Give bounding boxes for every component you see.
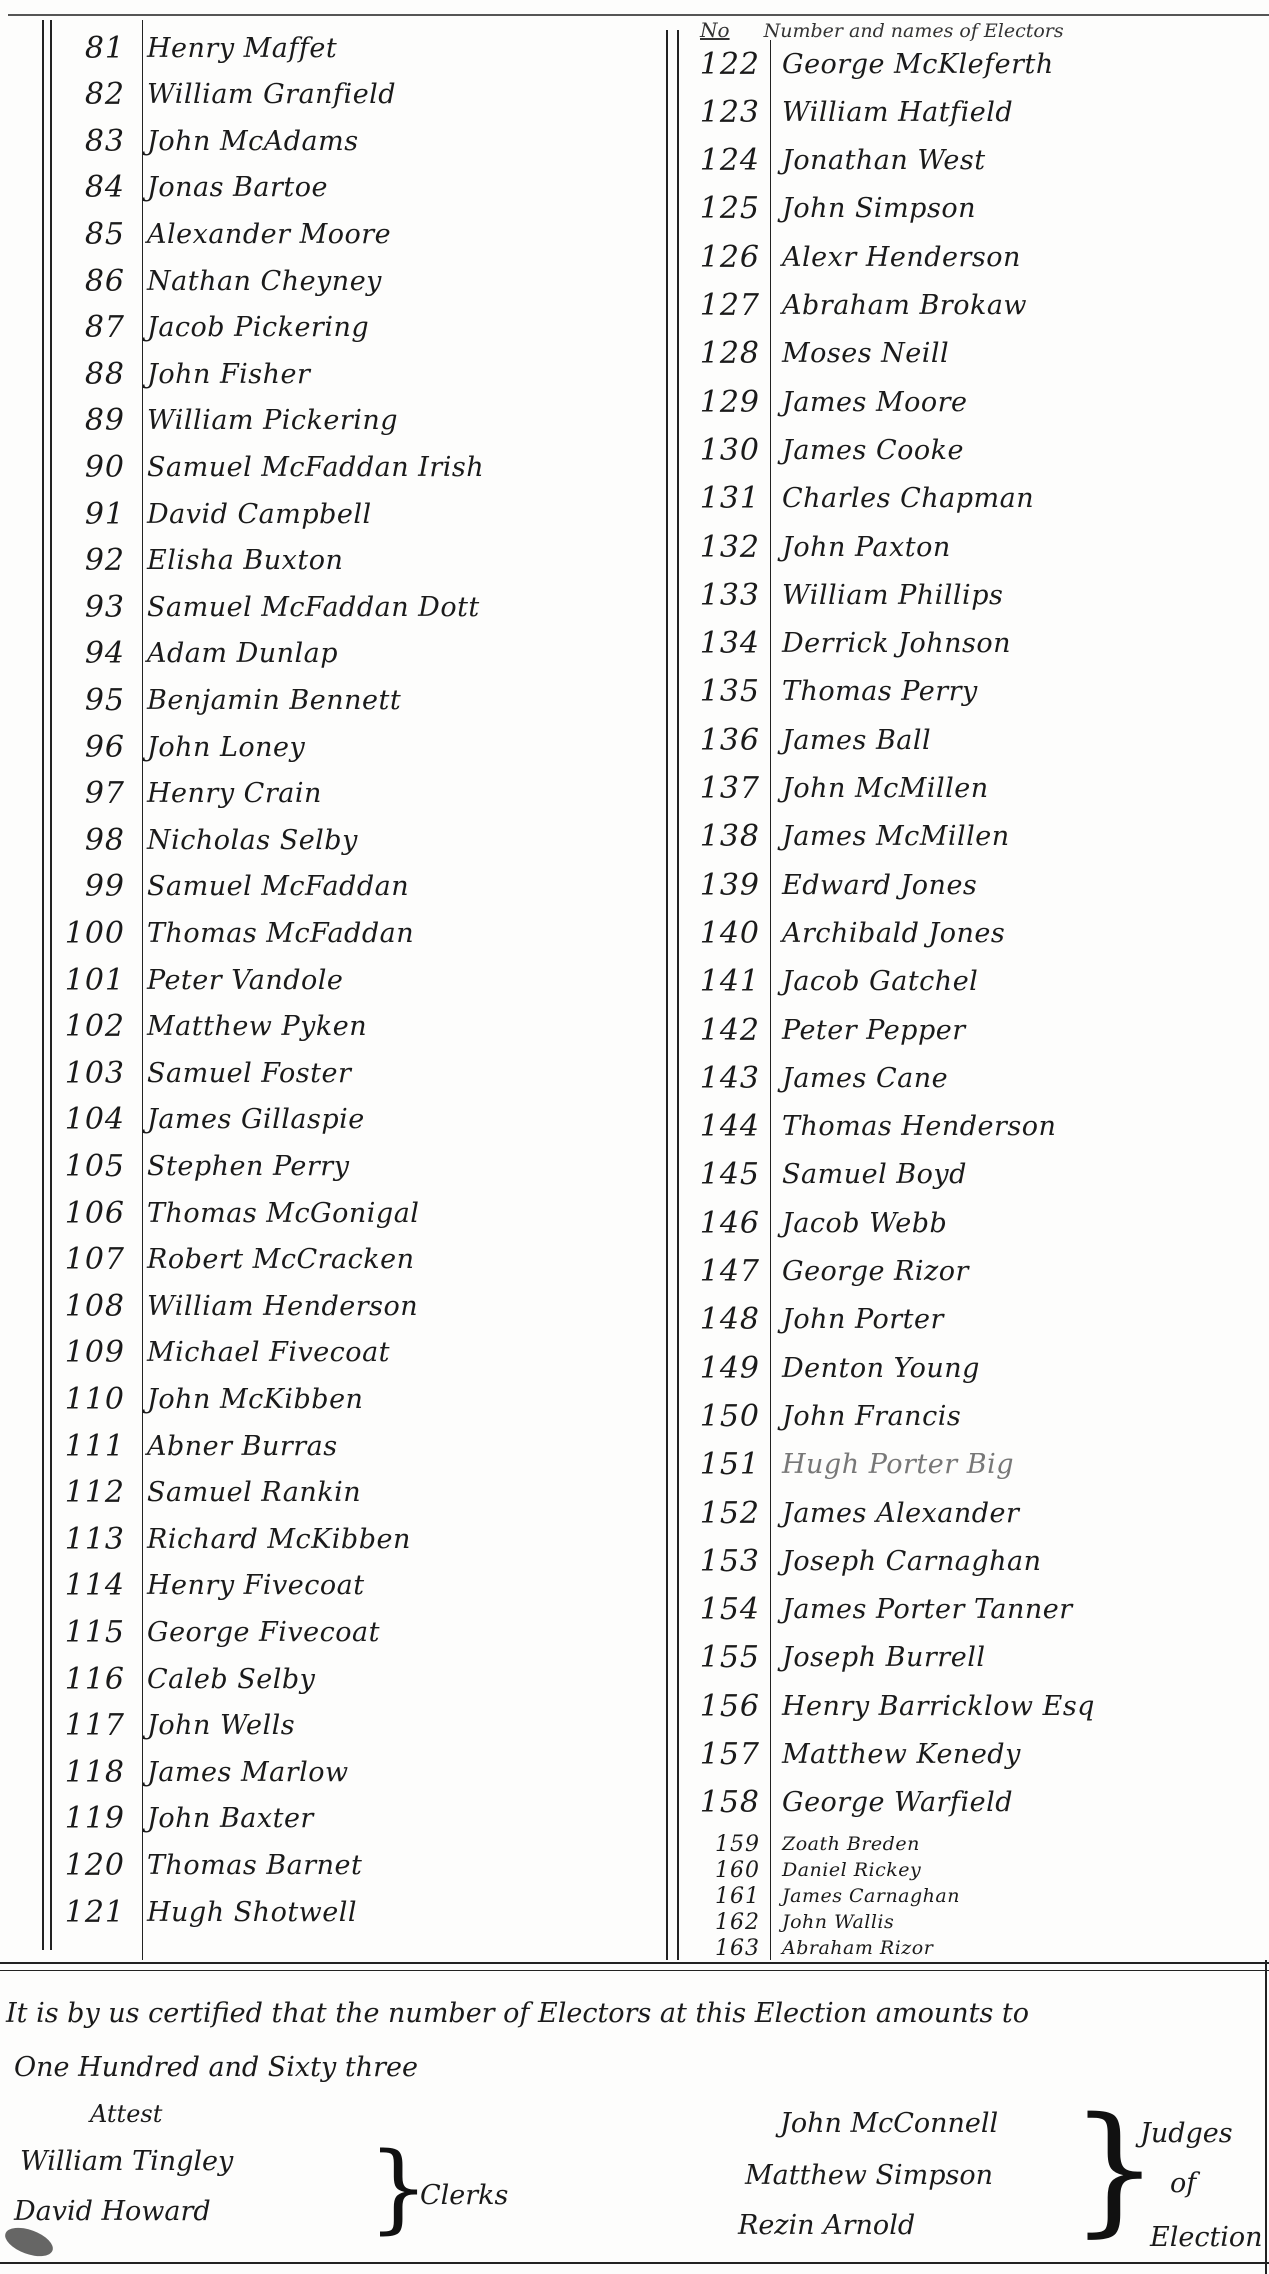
elector-name: Peter Pepper — [770, 1015, 966, 1046]
elector-number: 159 — [680, 1832, 770, 1857]
judge-signature-3: Rezin Arnold — [738, 2210, 915, 2241]
elector-number: 111 — [45, 1429, 135, 1464]
elector-name: John Loney — [135, 732, 305, 763]
elector-number: 83 — [45, 124, 135, 159]
elector-row: 106Thomas McGonigal — [45, 1193, 419, 1233]
elector-row: 82William Granfield — [45, 75, 396, 115]
elector-number: 155 — [680, 1640, 770, 1675]
elector-row: 112Samuel Rankin — [45, 1473, 361, 1513]
elector-number: 107 — [45, 1242, 135, 1277]
elector-number: 129 — [680, 385, 770, 420]
elector-number: 130 — [680, 433, 770, 468]
elector-number: 137 — [680, 771, 770, 806]
elector-number: 106 — [45, 1196, 135, 1231]
elector-name: James Alexander — [770, 1498, 1019, 1529]
elector-number: 101 — [45, 963, 135, 998]
elector-row: 100Thomas McFaddan — [45, 913, 414, 953]
elector-row: 89William Pickering — [45, 401, 398, 441]
elector-name: John Baxter — [135, 1803, 314, 1834]
elector-number: 99 — [45, 869, 135, 904]
elector-name: Henry Maffet — [135, 33, 337, 64]
elector-number: 141 — [680, 964, 770, 999]
elector-name: Samuel McFaddan — [135, 871, 409, 902]
middle-rule-2 — [677, 30, 679, 1960]
elector-number: 151 — [680, 1447, 770, 1482]
elector-row: 141Jacob Gatchel — [680, 962, 978, 1002]
elector-name: John McAdams — [135, 126, 359, 157]
elector-number: 100 — [45, 916, 135, 951]
elector-row: 85Alexander Moore — [45, 214, 391, 254]
elector-name: David Campbell — [135, 499, 372, 530]
elector-row: 107Robert McCracken — [45, 1240, 414, 1280]
elector-name: Derrick Johnson — [770, 628, 1011, 659]
elector-number: 161 — [680, 1884, 770, 1909]
elector-row: 130James Cooke — [680, 430, 964, 470]
elector-number: 154 — [680, 1592, 770, 1627]
elector-number: 140 — [680, 916, 770, 951]
elector-row: 101Peter Vandole — [45, 960, 343, 1000]
elector-name: Thomas McGonigal — [135, 1198, 419, 1229]
elector-row: 156Henry Barricklow Esq — [680, 1686, 1095, 1726]
elector-row: 114Henry Fivecoat — [45, 1566, 365, 1606]
right-edge-rule — [1265, 1960, 1267, 2274]
judges-role-2: of — [1170, 2168, 1196, 2199]
elector-row: 133William Phillips — [680, 575, 1003, 615]
elector-row: 96John Loney — [45, 727, 305, 767]
elector-number: 81 — [45, 31, 135, 66]
elector-row: 120Thomas Barnet — [45, 1845, 362, 1885]
elector-row: 88John Fisher — [45, 354, 310, 394]
elector-name: Adam Dunlap — [135, 638, 338, 669]
elector-name: Jacob Gatchel — [770, 966, 978, 997]
elector-name: George Warfield — [770, 1787, 1013, 1818]
elector-name: Peter Vandole — [135, 965, 343, 996]
elector-number: 144 — [680, 1109, 770, 1144]
elector-number: 117 — [45, 1708, 135, 1743]
elector-number: 149 — [680, 1351, 770, 1386]
elector-number: 156 — [680, 1689, 770, 1724]
elector-number: 142 — [680, 1013, 770, 1048]
elector-row: 146Jacob Webb — [680, 1203, 947, 1243]
elector-row: 94Adam Dunlap — [45, 634, 338, 674]
elector-number: 158 — [680, 1785, 770, 1820]
elector-row: 148John Porter — [680, 1300, 944, 1340]
elector-number: 96 — [45, 730, 135, 765]
elector-number: 124 — [680, 143, 770, 178]
elector-name: Matthew Kenedy — [770, 1739, 1021, 1770]
elector-row: 125John Simpson — [680, 189, 976, 229]
elector-number: 105 — [45, 1149, 135, 1184]
elector-number: 91 — [45, 497, 135, 532]
judge-signature-2: Matthew Simpson — [745, 2160, 993, 2191]
elector-name: John Paxton — [770, 532, 951, 563]
elector-row: 105Stephen Perry — [45, 1146, 349, 1186]
elector-number: 103 — [45, 1056, 135, 1091]
elector-number: 143 — [680, 1061, 770, 1096]
elector-row: 90Samuel McFaddan Irish — [45, 447, 484, 487]
table-bottom-rule — [0, 1962, 1269, 1964]
elector-name: Alexander Moore — [135, 219, 391, 250]
elector-name: John Simpson — [770, 193, 976, 224]
elector-number: 146 — [680, 1206, 770, 1241]
elector-name: James Carnaghan — [770, 1885, 960, 1907]
elector-name: William Hatfield — [770, 97, 1013, 128]
elector-row: 87Jacob Pickering — [45, 308, 369, 348]
elector-row: 86Nathan Cheyney — [45, 261, 382, 301]
elector-row: 153Joseph Carnaghan — [680, 1541, 1041, 1581]
elector-name: Alexr Henderson — [770, 242, 1021, 273]
elector-name: James Marlow — [135, 1757, 349, 1788]
elector-row: 117John Wells — [45, 1706, 295, 1746]
elector-name: Jacob Pickering — [135, 312, 369, 343]
middle-rule — [666, 30, 668, 1960]
elector-row: 110John McKibben — [45, 1379, 363, 1419]
elector-row: 142Peter Pepper — [680, 1010, 966, 1050]
elector-row: 83John McAdams — [45, 121, 359, 161]
judges-role-1: Judges — [1140, 2118, 1233, 2149]
elector-name: Samuel McFaddan Irish — [135, 452, 484, 483]
elector-name: Robert McCracken — [135, 1244, 414, 1275]
elector-row: 91David Campbell — [45, 494, 372, 534]
elector-row: 113Richard McKibben — [45, 1519, 411, 1559]
elector-name: William Granfield — [135, 79, 396, 110]
elector-number: 126 — [680, 240, 770, 275]
elector-number: 139 — [680, 868, 770, 903]
elector-row: 163Abraham Rizor — [680, 1935, 933, 1961]
elector-number: 145 — [680, 1157, 770, 1192]
elector-name: Henry Fivecoat — [135, 1570, 365, 1601]
elector-row: 124Jonathan West — [680, 141, 986, 181]
elector-name: James McMillen — [770, 821, 1010, 852]
elector-number: 150 — [680, 1399, 770, 1434]
elector-name: Jacob Webb — [770, 1208, 947, 1239]
elector-name: Thomas Barnet — [135, 1850, 362, 1881]
elector-name: Joseph Burrell — [770, 1642, 985, 1673]
elector-number: 97 — [45, 776, 135, 811]
elector-number: 93 — [45, 590, 135, 625]
top-rule — [8, 14, 1269, 16]
elector-row: 134Derrick Johnson — [680, 624, 1011, 664]
elector-row: 102Matthew Pyken — [45, 1007, 367, 1047]
elector-number: 153 — [680, 1544, 770, 1579]
elector-name: James Cooke — [770, 435, 964, 466]
elector-row: 81Henry Maffet — [45, 28, 337, 68]
elector-name: James Gillaspie — [135, 1104, 365, 1135]
elector-number: 87 — [45, 310, 135, 345]
elector-row: 155Joseph Burrell — [680, 1638, 985, 1678]
elector-row: 144Thomas Henderson — [680, 1107, 1056, 1147]
elector-name: Archibald Jones — [770, 918, 1005, 949]
elector-row: 122George McKleferth — [680, 44, 1054, 84]
elector-name: Elisha Buxton — [135, 545, 343, 576]
elector-name: John McKibben — [135, 1384, 363, 1415]
elector-number: 118 — [45, 1755, 135, 1790]
number-header: No — [700, 18, 730, 42]
elector-row: 149Denton Young — [680, 1348, 980, 1388]
elector-number: 109 — [45, 1335, 135, 1370]
elector-row: 143James Cane — [680, 1058, 948, 1098]
elector-row: 159Zoath Breden — [680, 1831, 920, 1857]
elector-name: Thomas Perry — [770, 676, 978, 707]
clerk-signature-1: William Tingley — [20, 2146, 233, 2177]
elector-number: 88 — [45, 357, 135, 392]
elector-row: 92Elisha Buxton — [45, 541, 343, 581]
elector-name: Nathan Cheyney — [135, 266, 382, 297]
elector-row: 98Nicholas Selby — [45, 820, 358, 860]
elector-number: 152 — [680, 1496, 770, 1531]
election-poll-sheet: No Number and names of Electors 81Henry … — [0, 0, 1269, 2274]
left-margin-rule — [42, 20, 44, 1950]
elector-row: 99Samuel McFaddan — [45, 867, 409, 907]
elector-name: Stephen Perry — [135, 1151, 349, 1182]
elector-number: 127 — [680, 288, 770, 323]
elector-row: 116Caleb Selby — [45, 1659, 315, 1699]
elector-number: 135 — [680, 674, 770, 709]
elector-number: 131 — [680, 481, 770, 516]
elector-row: 136James Ball — [680, 720, 931, 760]
judge-signature-1: John McConnell — [780, 2108, 998, 2139]
elector-row: 97Henry Crain — [45, 774, 322, 814]
elector-name: John Wallis — [770, 1911, 894, 1933]
elector-row: 162John Wallis — [680, 1909, 894, 1935]
elector-row: 123William Hatfield — [680, 92, 1013, 132]
elector-row: 154James Porter Tanner — [680, 1590, 1073, 1630]
elector-name: John Francis — [770, 1401, 961, 1432]
attest-label: Attest — [90, 2100, 162, 2128]
elector-row: 135Thomas Perry — [680, 672, 978, 712]
elector-number: 104 — [45, 1102, 135, 1137]
elector-number: 120 — [45, 1848, 135, 1883]
elector-row: 152James Alexander — [680, 1493, 1019, 1533]
elector-name: Hugh Shotwell — [135, 1897, 357, 1928]
elector-name: Samuel Boyd — [770, 1159, 967, 1190]
elector-name: George Rizor — [770, 1256, 969, 1287]
elector-row: 137John McMillen — [680, 769, 989, 809]
elector-number: 84 — [45, 170, 135, 205]
elector-number: 112 — [45, 1475, 135, 1510]
clerks-role: Clerks — [420, 2180, 508, 2211]
elector-row: 84Jonas Bartoe — [45, 168, 328, 208]
elector-name: Jonas Bartoe — [135, 172, 328, 203]
judges-role-3: Election — [1150, 2222, 1263, 2253]
elector-row: 147George Rizor — [680, 1252, 969, 1292]
elector-name: Samuel Rankin — [135, 1477, 361, 1508]
elector-row: 93Samuel McFaddan Dott — [45, 587, 480, 627]
column-header: No Number and names of Electors — [700, 18, 1064, 42]
elector-name: William Pickering — [135, 405, 398, 436]
elector-name: John Porter — [770, 1304, 944, 1335]
elector-name: Charles Chapman — [770, 483, 1034, 514]
elector-row: 151Hugh Porter Big — [680, 1445, 1014, 1485]
elector-row: 109Michael Fivecoat — [45, 1333, 390, 1373]
names-header: Number and names of Electors — [764, 20, 1064, 42]
elector-number: 115 — [45, 1615, 135, 1650]
elector-name: William Henderson — [135, 1291, 418, 1322]
elector-row: 160Daniel Rickey — [680, 1857, 921, 1883]
elector-number: 82 — [45, 77, 135, 112]
elector-number: 102 — [45, 1009, 135, 1044]
ink-blot — [1, 2222, 56, 2262]
elector-row: 95Benjamin Bennett — [45, 680, 401, 720]
elector-name: Thomas Henderson — [770, 1111, 1056, 1142]
certification-line-2: One Hundred and Sixty three — [14, 2052, 418, 2083]
elector-name: Abraham Rizor — [770, 1937, 933, 1959]
elector-number: 95 — [45, 683, 135, 718]
elector-row: 118James Marlow — [45, 1752, 349, 1792]
elector-name: George McKleferth — [770, 49, 1054, 80]
elector-row: 157Matthew Kenedy — [680, 1735, 1021, 1775]
elector-name: Henry Crain — [135, 778, 322, 809]
elector-name: Abner Burras — [135, 1431, 338, 1462]
elector-number: 132 — [680, 530, 770, 565]
elector-name: Samuel McFaddan Dott — [135, 592, 480, 623]
elector-number: 162 — [680, 1910, 770, 1935]
elector-name: Denton Young — [770, 1353, 980, 1384]
elector-row: 115George Fivecoat — [45, 1612, 380, 1652]
elector-number: 92 — [45, 543, 135, 578]
elector-name: Nicholas Selby — [135, 825, 358, 856]
elector-name: Joseph Carnaghan — [770, 1546, 1041, 1577]
elector-number: 110 — [45, 1382, 135, 1417]
elector-row: 140Archibald Jones — [680, 913, 1005, 953]
elector-number: 113 — [45, 1522, 135, 1557]
elector-number: 98 — [45, 823, 135, 858]
elector-number: 122 — [680, 47, 770, 82]
elector-row: 121Hugh Shotwell — [45, 1892, 357, 1932]
elector-number: 108 — [45, 1289, 135, 1324]
elector-row: 119John Baxter — [45, 1799, 314, 1839]
elector-row: 145Samuel Boyd — [680, 1155, 967, 1195]
elector-number: 85 — [45, 217, 135, 252]
elector-name: Michael Fivecoat — [135, 1337, 390, 1368]
elector-row: 158George Warfield — [680, 1783, 1013, 1823]
elector-name: James Cane — [770, 1063, 948, 1094]
elector-name: John Fisher — [135, 359, 310, 390]
elector-row: 104James Gillaspie — [45, 1100, 365, 1140]
elector-name: Samuel Foster — [135, 1058, 351, 1089]
elector-name: John Wells — [135, 1710, 295, 1741]
elector-number: 94 — [45, 636, 135, 671]
elector-number: 147 — [680, 1254, 770, 1289]
elector-name: Moses Neill — [770, 338, 949, 369]
elector-number: 90 — [45, 450, 135, 485]
elector-number: 114 — [45, 1568, 135, 1603]
elector-number: 125 — [680, 191, 770, 226]
elector-name: Caleb Selby — [135, 1664, 315, 1695]
elector-name: Richard McKibben — [135, 1524, 411, 1555]
elector-row: 103Samuel Foster — [45, 1053, 351, 1093]
elector-row: 127Abraham Brokaw — [680, 286, 1027, 326]
elector-name: Matthew Pyken — [135, 1011, 367, 1042]
elector-number: 138 — [680, 819, 770, 854]
elector-name: Abraham Brokaw — [770, 290, 1027, 321]
elector-row: 111Abner Burras — [45, 1426, 338, 1466]
elector-number: 116 — [45, 1662, 135, 1697]
certification-line-1: It is by us certified that the number of… — [6, 1998, 1029, 2029]
elector-number: 89 — [45, 403, 135, 438]
elector-name: John McMillen — [770, 773, 989, 804]
elector-name: Zoath Breden — [770, 1833, 920, 1855]
elector-name: Daniel Rickey — [770, 1859, 921, 1881]
elector-number: 128 — [680, 336, 770, 371]
elector-row: 161James Carnaghan — [680, 1883, 960, 1909]
elector-name: Thomas McFaddan — [135, 918, 414, 949]
elector-number: 123 — [680, 95, 770, 130]
elector-row: 129James Moore — [680, 382, 967, 422]
elector-row: 128Moses Neill — [680, 334, 949, 374]
elector-row: 139Edward Jones — [680, 865, 977, 905]
elector-number: 133 — [680, 578, 770, 613]
elector-number: 160 — [680, 1858, 770, 1883]
table-bottom-rule-2 — [0, 1970, 1269, 1971]
elector-row: 126Alexr Henderson — [680, 237, 1021, 277]
elector-row: 150John Francis — [680, 1396, 961, 1436]
elector-name: Benjamin Bennett — [135, 685, 401, 716]
elector-number: 119 — [45, 1801, 135, 1836]
clerk-signature-2: David Howard — [14, 2196, 211, 2227]
elector-name: James Ball — [770, 725, 931, 756]
elector-name: James Moore — [770, 387, 967, 418]
elector-number: 148 — [680, 1302, 770, 1337]
elector-name: Henry Barricklow Esq — [770, 1691, 1095, 1722]
elector-name: William Phillips — [770, 580, 1003, 611]
elector-number: 157 — [680, 1737, 770, 1772]
elector-name: George Fivecoat — [135, 1617, 380, 1648]
elector-number: 163 — [680, 1936, 770, 1961]
elector-number: 121 — [45, 1895, 135, 1930]
elector-row: 131Charles Chapman — [680, 479, 1034, 519]
elector-name: Jonathan West — [770, 145, 986, 176]
elector-number: 134 — [680, 626, 770, 661]
elector-row: 108William Henderson — [45, 1286, 418, 1326]
page-bottom-rule — [0, 2262, 1269, 2264]
elector-name: James Porter Tanner — [770, 1594, 1073, 1625]
elector-name: Edward Jones — [770, 870, 977, 901]
elector-name: Hugh Porter Big — [770, 1449, 1014, 1480]
elector-number: 136 — [680, 723, 770, 758]
elector-number: 86 — [45, 264, 135, 299]
elector-row: 132John Paxton — [680, 527, 951, 567]
elector-row: 138James McMillen — [680, 817, 1010, 857]
